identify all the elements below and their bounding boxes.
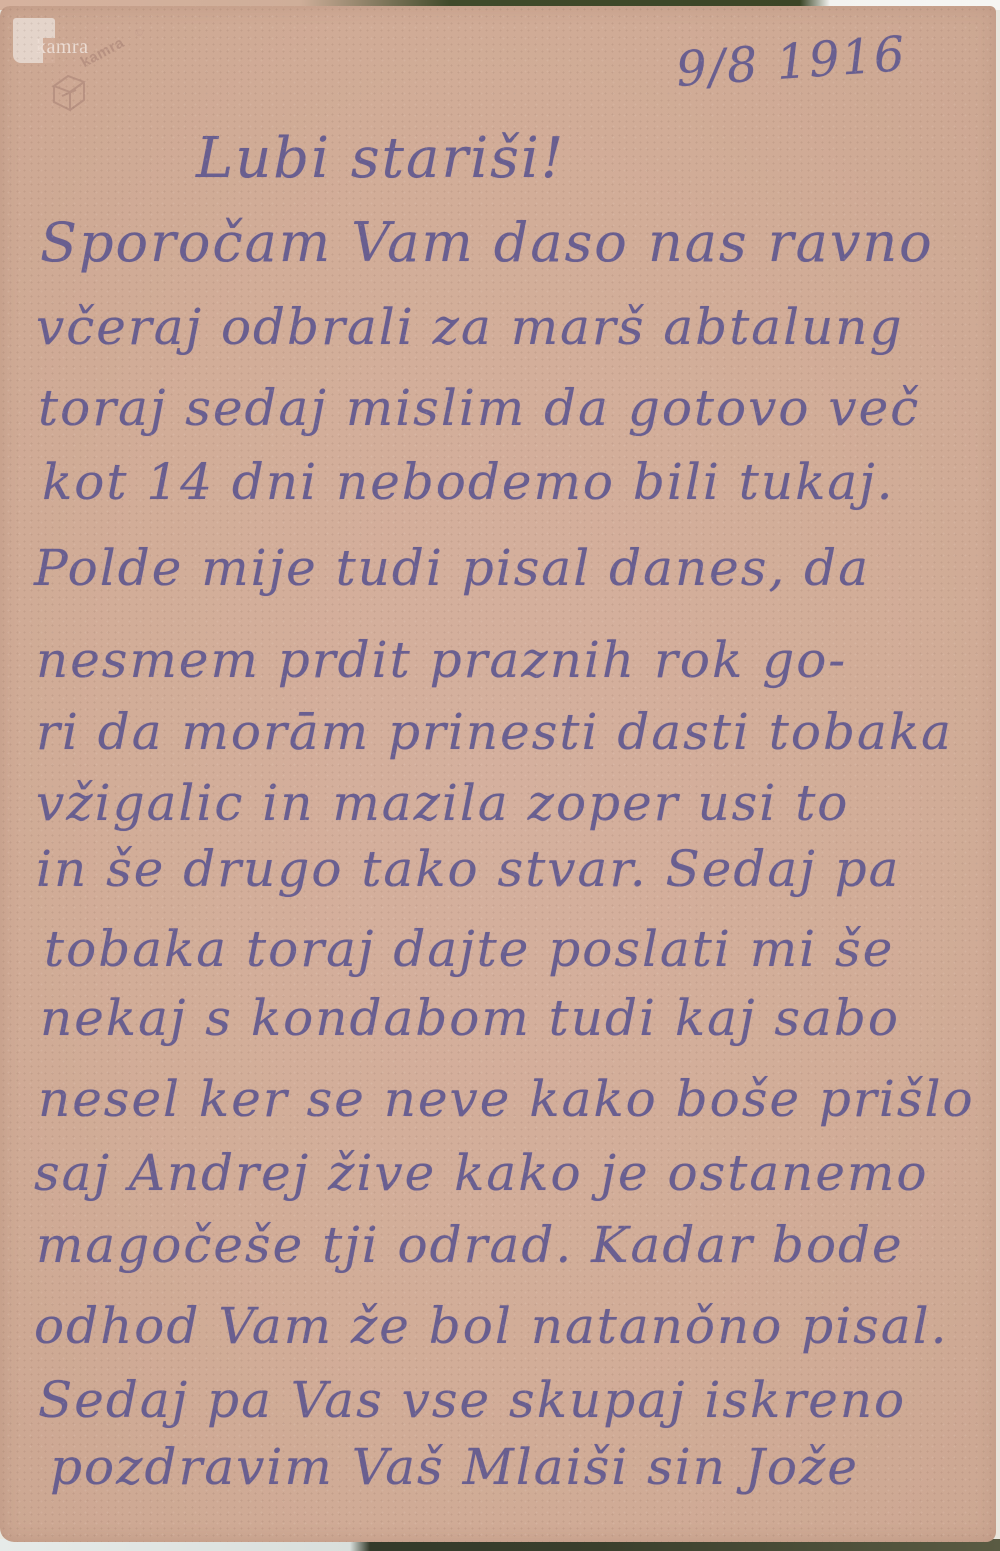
- cube-logo-icon: [50, 72, 90, 112]
- letter-line: včeraj odbrali za marš abtalung: [36, 298, 904, 356]
- letter-line: magočeše tji odrad. Kadar bode: [36, 1216, 904, 1274]
- letter-line: toraj sedaj mislim da gotovo več: [38, 379, 920, 437]
- letter-line: Sedaj pa Vas vse skupaj iskreno: [38, 1371, 906, 1429]
- letter-line: odhod Vam že bol natanǒno pisal.: [34, 1297, 949, 1355]
- letter-line: ri da morām prinesti dasti tobaka: [36, 703, 953, 761]
- letter-line: in še drugo tako stvar. Sedaj pa: [36, 840, 900, 898]
- letter-line: vžigalic in mazila zoper usi to: [36, 774, 849, 832]
- letter-greeting: Lubi stariši!: [196, 126, 565, 191]
- letter-signature-line: pozdravim Vaš Mlaiši sin Jože: [50, 1438, 859, 1496]
- letter-line: nekaj s kondabom tudi kaj sabo: [40, 989, 900, 1047]
- letter-line: Sporočam Vam daso nas ravno: [40, 211, 934, 274]
- scan-frame: kamra © kamra 9/8 1916 Lubi stariši! Spo…: [0, 0, 1000, 1551]
- letter-line: Polde mije tudi pisal danes, da: [34, 539, 870, 597]
- letter-line: nesel ker se neve kako boše prišlo: [38, 1070, 975, 1128]
- letter-line: kot 14 dni nebodemo bili tukaj.: [42, 453, 895, 511]
- copyright-icon: ©: [134, 28, 144, 39]
- postcard: kamra © kamra 9/8 1916 Lubi stariši! Spo…: [0, 6, 996, 1542]
- letter-line: tobaka toraj dajte poslati mi še: [44, 920, 894, 978]
- letter-line: nesmem prdit praznih rok go-: [36, 631, 847, 689]
- letter-date: 9/8 1916: [674, 26, 908, 98]
- letter-line: saj Andrej žive kako je ostanemo: [34, 1144, 929, 1202]
